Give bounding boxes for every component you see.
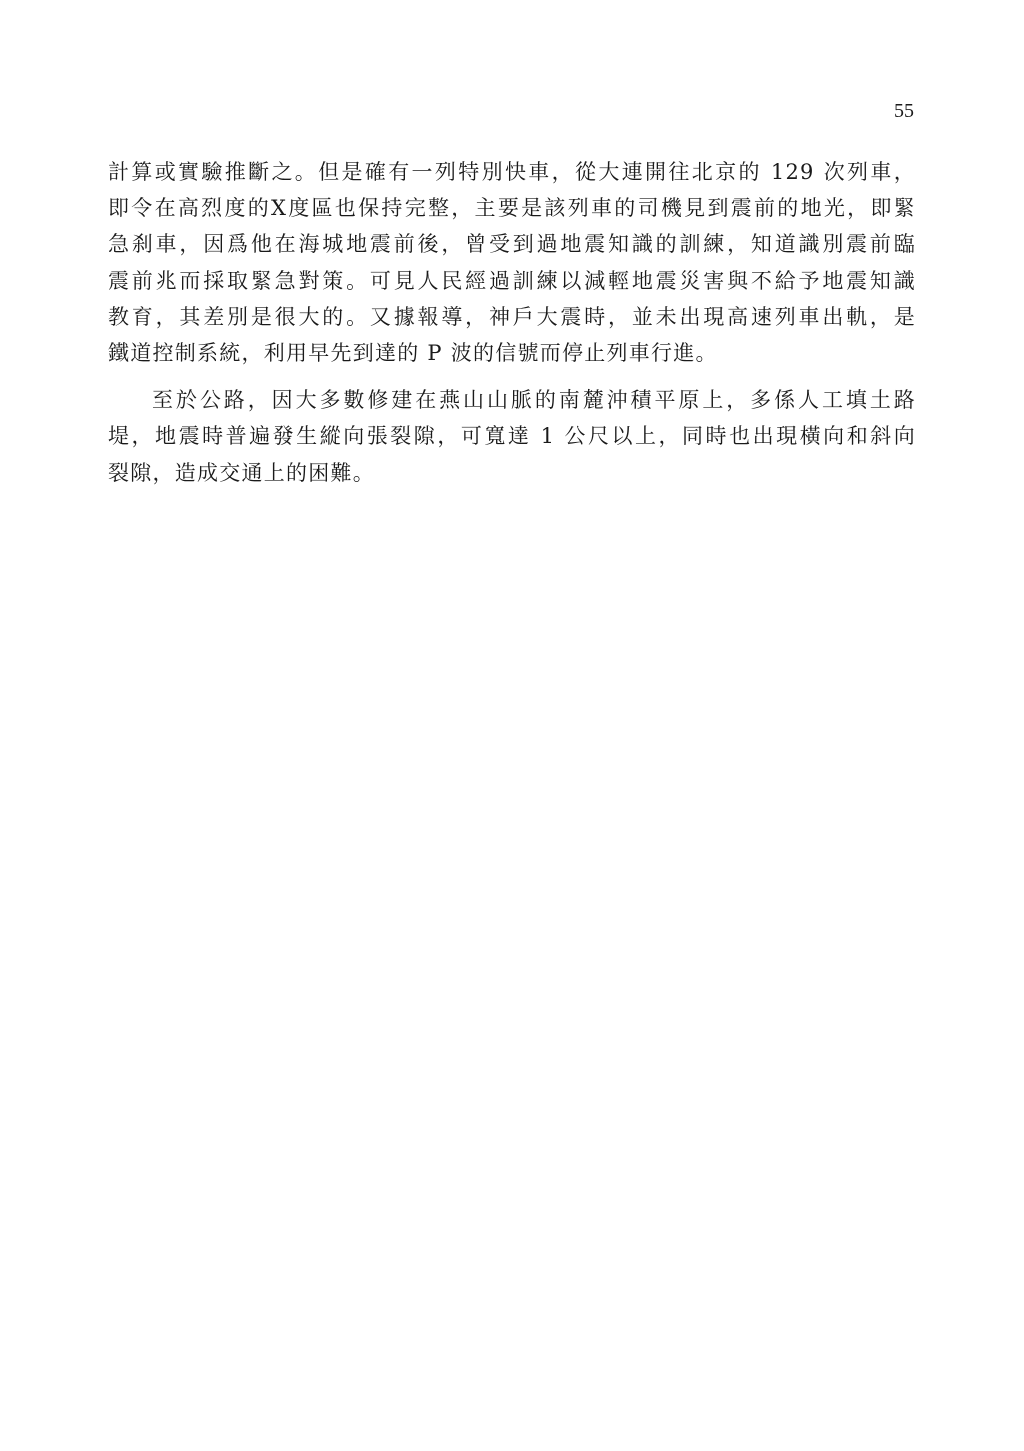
text-line: 即令在高烈度的X度區也保持完整，主要是該列車的司機見到震前的地光，即緊	[108, 190, 916, 226]
text-line: 堤，地震時普遍發生縱向張裂隙，可寬達 1 公尺以上，同時也出現橫向和斜向	[108, 418, 916, 454]
text-line: 震前兆而採取緊急對策。可見人民經過訓練以減輕地震災害與不給予地震知識	[108, 263, 916, 299]
text-line: 至於公路，因大多數修建在燕山山脈的南麓沖積平原上，多係人工填土路	[108, 382, 916, 418]
text-line: 急刹車，因爲他在海城地震前後，曾受到過地震知識的訓練，知道識別震前臨	[108, 226, 916, 262]
paragraph-highway: 至於公路，因大多數修建在燕山山脈的南麓沖積平原上，多係人工填土路 堤，地震時普遍…	[108, 382, 916, 491]
text-line: 裂隙，造成交通上的困難。	[108, 455, 916, 491]
paragraph-spacer	[108, 371, 916, 382]
text-line: 計算或實驗推斷之。但是確有一列特別快車，從大連開往北京的 129 次列車，	[108, 154, 916, 190]
body-text: 計算或實驗推斷之。但是確有一列特別快車，從大連開往北京的 129 次列車， 即令…	[108, 154, 916, 491]
text-line: 教育，其差別是很大的。又據報導，神戶大震時，並未出現高速列車出軌，是	[108, 299, 916, 335]
text-line: 鐵道控制系統，利用早先到達的 P 波的信號而停止列車行進。	[108, 335, 916, 371]
paragraph-railway: 計算或實驗推斷之。但是確有一列特別快車，從大連開往北京的 129 次列車， 即令…	[108, 154, 916, 371]
document-page: 55 計算或實驗推斷之。但是確有一列特別快車，從大連開往北京的 129 次列車，…	[0, 0, 1024, 1451]
page-number: 55	[894, 99, 914, 123]
